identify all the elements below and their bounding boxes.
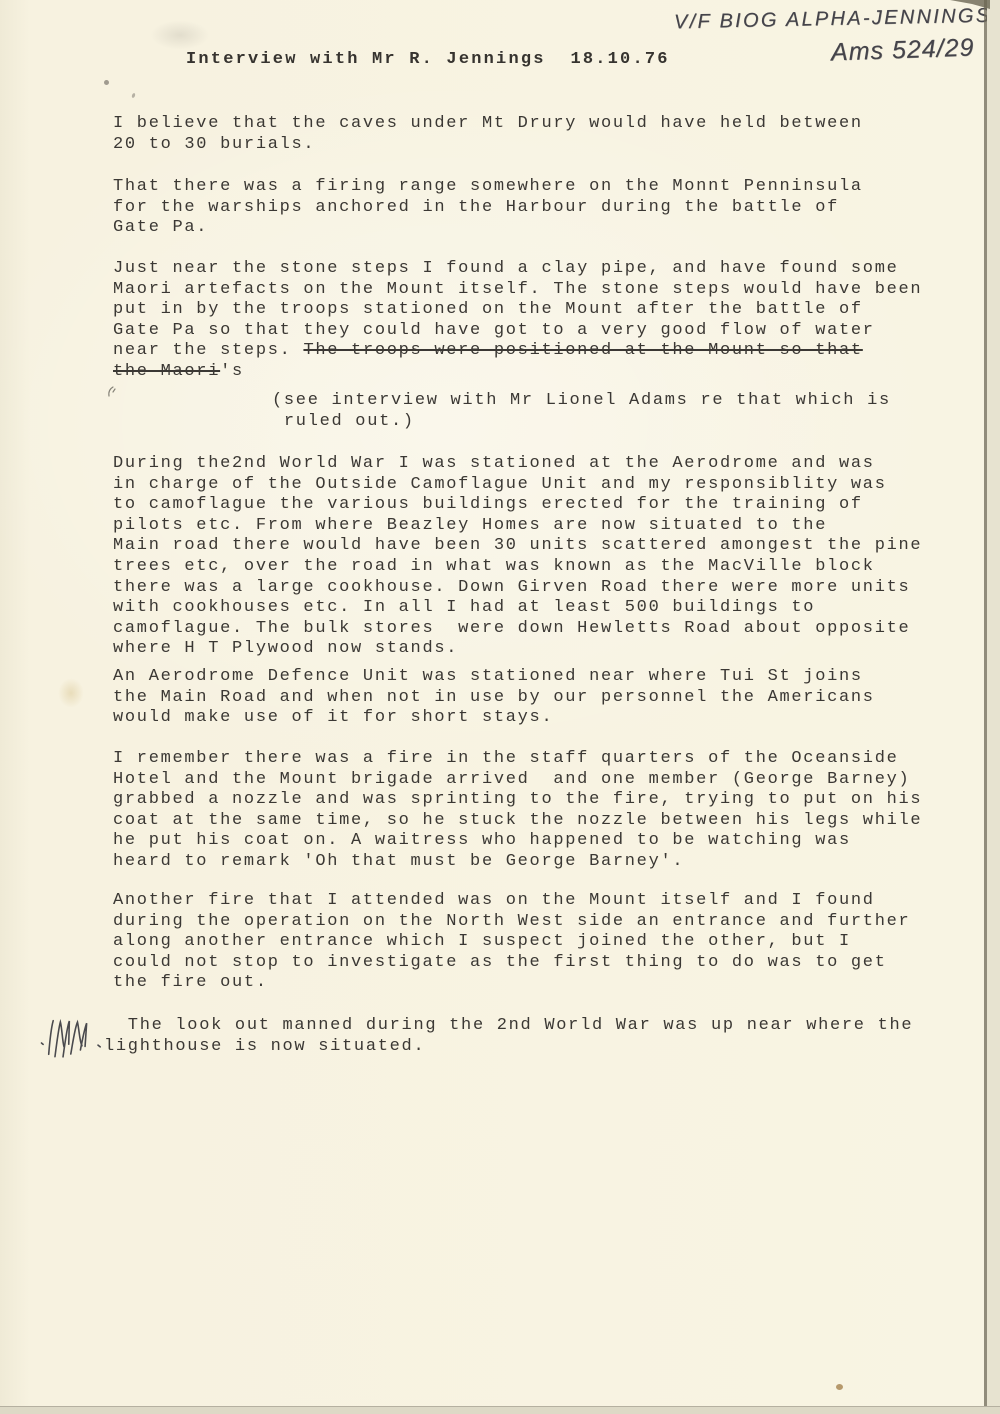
text-segment: lighthouse is now situated.	[104, 1037, 425, 1056]
text-segment: to camoflague the various buildings erec…	[113, 495, 863, 514]
text-segment: with cookhouses etc. In all I had at lea…	[113, 598, 815, 617]
text-segment: Hotel and the Mount brigade arrived and …	[113, 770, 910, 789]
margin-scribble-mark	[36, 1011, 104, 1063]
paper-stain-dot	[836, 1384, 843, 1390]
text-line: coat at the same time, so he stuck the n…	[113, 811, 922, 832]
text-line: for the warships anchored in the Harbour…	[113, 198, 863, 219]
text-line: 20 to 30 burials.	[113, 135, 863, 156]
text-segment: the fire out.	[113, 973, 268, 992]
text-line: (see interview with Mr Lionel Adams re t…	[272, 391, 891, 412]
text-segment: the Main Road and when not in use by our…	[113, 688, 875, 707]
text-segment: Gate Pa so that they could have got to a…	[113, 321, 875, 340]
text-segment: in charge of the Outside Camoflague Unit…	[113, 475, 887, 494]
text-line: there was a large cookhouse. Down Girven…	[113, 578, 922, 599]
text-segment: Gate Pa.	[113, 218, 208, 237]
text-segment: The look out manned during the 2nd World…	[104, 1016, 913, 1035]
text-segment: Another fire that I attended was on the …	[113, 891, 875, 910]
scanned-document-page: V/F BIOG ALPHA-JENNINGS Ams 524/29 Inter…	[0, 0, 1000, 1414]
text-segment: That there was a firing range somewhere …	[113, 177, 863, 196]
text-line: grabbed a nozzle and was sprinting to th…	[113, 790, 922, 811]
paragraph: During the2nd World War I was stationed …	[113, 454, 922, 660]
margin-tick-mark	[106, 385, 118, 399]
text-line: to camoflague the various buildings erec…	[113, 495, 922, 516]
text-line: camoflague. The bulk stores were down He…	[113, 619, 922, 640]
text-segment: 's	[220, 362, 244, 381]
text-line: trees etc, over the road in what was kno…	[113, 557, 922, 578]
text-segment: there was a large cookhouse. Down Girven…	[113, 578, 910, 597]
paragraph: That there was a firing range somewhere …	[113, 177, 863, 239]
text-segment: where H T Plywood now stands.	[113, 639, 458, 658]
text-segment: for the warships anchored in the Harbour…	[113, 198, 839, 217]
ink-speck	[131, 93, 136, 99]
page-title: Interview with Mr R. Jennings 18.10.76	[186, 50, 670, 69]
paragraph: I remember there was a fire in the staff…	[113, 749, 922, 873]
text-line: The look out manned during the 2nd World…	[104, 1016, 913, 1037]
text-line: lighthouse is now situated.	[104, 1037, 913, 1058]
struck-through-text: The troops were positioned at the Mount …	[303, 341, 862, 360]
text-line: the Main Road and when not in use by our…	[113, 688, 875, 709]
text-line: heard to remark 'Oh that must be George …	[113, 852, 922, 873]
text-segment: (see interview with Mr Lionel Adams re t…	[272, 391, 891, 410]
text-segment: An Aerodrome Defence Unit was stationed …	[113, 667, 863, 686]
struck-through-text: the Maori	[113, 362, 220, 381]
text-line: the fire out.	[113, 973, 910, 994]
text-segment: heard to remark 'Oh that must be George …	[113, 852, 684, 871]
text-segment: Main road there would have been 30 units…	[113, 536, 922, 555]
text-segment: trees etc, over the road in what was kno…	[113, 557, 875, 576]
text-line: ruled out.)	[272, 412, 891, 433]
text-line: An Aerodrome Defence Unit was stationed …	[113, 667, 875, 688]
text-segment: I remember there was a fire in the staff…	[113, 749, 899, 768]
text-line: Just near the stone steps I found a clay…	[113, 259, 922, 280]
paragraph: Just near the stone steps I found a clay…	[113, 259, 922, 383]
handwritten-accession-number: Ams 524/29	[831, 34, 975, 68]
paragraph: I believe that the caves under Mt Drury …	[113, 114, 863, 155]
text-segment: During the2nd World War I was stationed …	[113, 454, 875, 473]
text-segment: would make use of it for short stays.	[113, 708, 553, 727]
text-line: Another fire that I attended was on the …	[113, 891, 910, 912]
text-line: During the2nd World War I was stationed …	[113, 454, 922, 475]
paragraph: (see interview with Mr Lionel Adams re t…	[272, 391, 891, 432]
text-segment: camoflague. The bulk stores were down He…	[113, 619, 910, 638]
text-line: he put his coat on. A waitress who happe…	[113, 831, 922, 852]
text-segment: Just near the stone steps I found a clay…	[113, 259, 899, 278]
text-line: Maori artefacts on the Mount itself. The…	[113, 280, 922, 301]
text-line: along another entrance which I suspect j…	[113, 932, 910, 953]
text-line: where H T Plywood now stands.	[113, 639, 922, 660]
text-line: with cookhouses etc. In all I had at lea…	[113, 598, 922, 619]
text-line: Gate Pa so that they could have got to a…	[113, 321, 922, 342]
text-line: Main road there would have been 30 units…	[113, 536, 922, 557]
paragraph: Another fire that I attended was on the …	[113, 891, 910, 994]
text-segment: I believe that the caves under Mt Drury …	[113, 114, 863, 133]
text-segment: near the steps.	[113, 341, 303, 360]
text-line: near the steps. The troops were position…	[113, 341, 922, 362]
text-line: put in by the troops stationed on the Mo…	[113, 300, 922, 321]
text-segment: pilots etc. From where Beazley Homes are…	[113, 516, 827, 535]
text-segment: Maori artefacts on the Mount itself. The…	[113, 280, 922, 299]
text-line: I remember there was a fire in the staff…	[113, 749, 922, 770]
text-line: I believe that the caves under Mt Drury …	[113, 114, 863, 135]
paragraph: The look out manned during the 2nd World…	[104, 1016, 913, 1057]
text-line: could not stop to investigate as the fir…	[113, 953, 910, 974]
text-segment: ruled out.)	[272, 412, 415, 431]
text-segment: could not stop to investigate as the fir…	[113, 953, 887, 972]
text-segment: grabbed a nozzle and was sprinting to th…	[113, 790, 922, 809]
pencil-smudge	[150, 20, 210, 50]
paragraph: An Aerodrome Defence Unit was stationed …	[113, 667, 875, 729]
paper-stain	[58, 678, 84, 708]
text-line: the Maori's	[113, 362, 922, 383]
text-line: during the operation on the North West s…	[113, 912, 910, 933]
text-line: That there was a firing range somewhere …	[113, 177, 863, 198]
text-line: Hotel and the Mount brigade arrived and …	[113, 770, 922, 791]
text-segment: along another entrance which I suspect j…	[113, 932, 851, 951]
text-segment: coat at the same time, so he stuck the n…	[113, 811, 922, 830]
text-line: pilots etc. From where Beazley Homes are…	[113, 516, 922, 537]
text-segment: he put his coat on. A waitress who happe…	[113, 831, 851, 850]
handwritten-vf-heading: V/F BIOG ALPHA-JENNINGS	[674, 5, 992, 35]
ink-speck	[104, 80, 109, 85]
text-segment: 20 to 30 burials.	[113, 135, 315, 154]
paper-edge-line	[984, 0, 987, 1410]
text-segment: put in by the troops stationed on the Mo…	[113, 300, 863, 319]
text-line: Gate Pa.	[113, 218, 863, 239]
text-segment: during the operation on the North West s…	[113, 912, 910, 931]
scan-edge-right	[987, 0, 1000, 1414]
text-line: would make use of it for short stays.	[113, 708, 875, 729]
scan-edge-bottom	[0, 1406, 1000, 1414]
text-line: in charge of the Outside Camoflague Unit…	[113, 475, 922, 496]
